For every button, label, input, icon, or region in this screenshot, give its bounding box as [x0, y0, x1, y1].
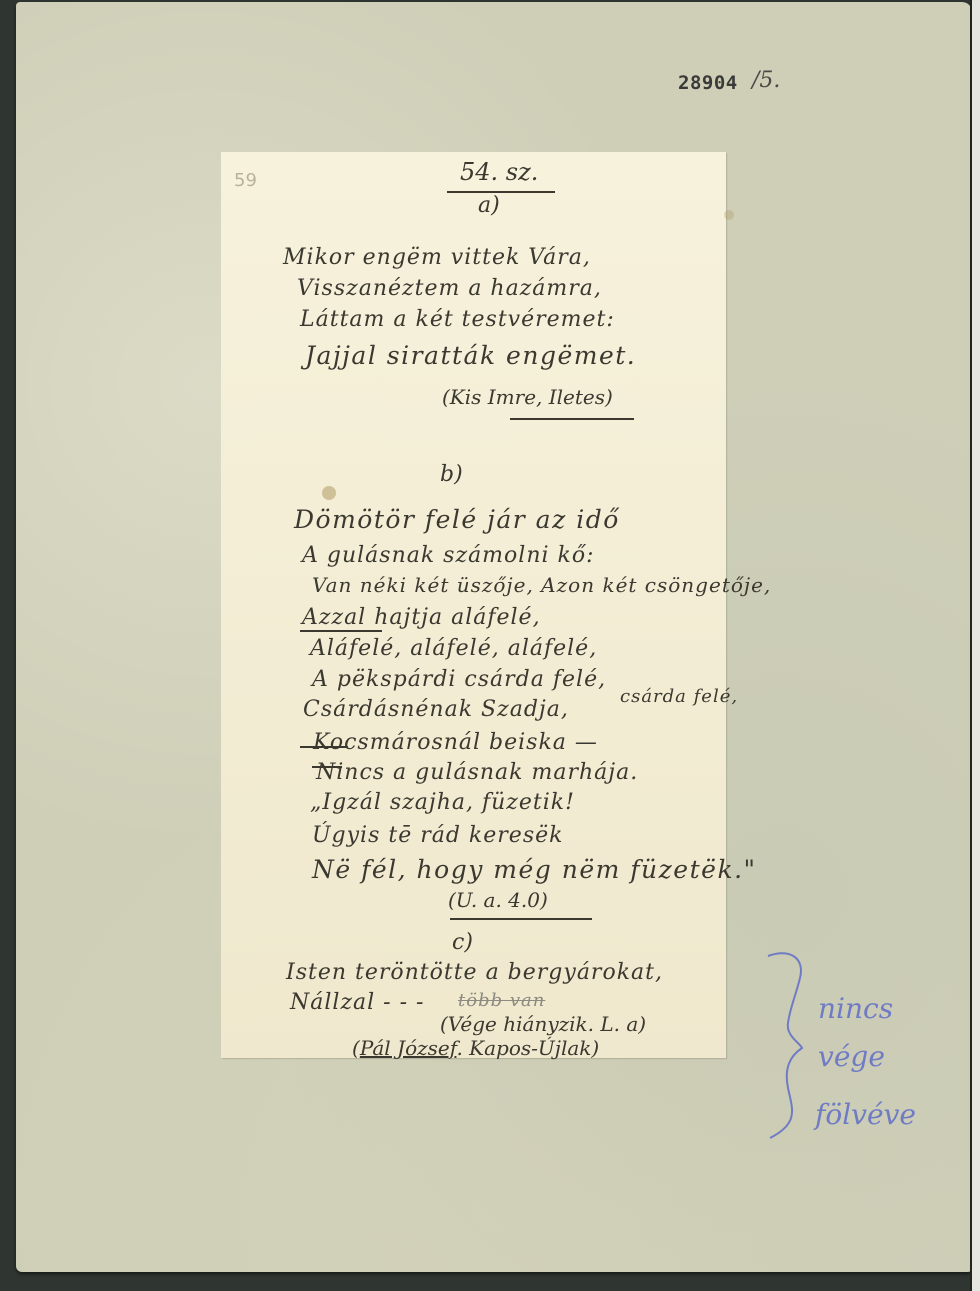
- word-underline: [300, 746, 348, 748]
- margin-addition: csárda felé,: [620, 686, 738, 707]
- word-underline: [300, 630, 382, 632]
- blue-annotation-line: vége: [818, 1040, 885, 1073]
- blue-annotation-line: fölvéve: [815, 1098, 916, 1131]
- song-title: 54. sz.: [460, 158, 538, 186]
- verse-line: Mikor engëm vittek Vára,: [283, 245, 591, 270]
- verse-line: Kocsmárosnál beiska —: [313, 730, 598, 755]
- verse-line: Úgyis tē rád keresëk: [312, 823, 563, 848]
- source-citation: (U. a. 4.0): [448, 888, 548, 912]
- source-underline: [450, 918, 592, 920]
- section-c-label: c): [452, 930, 473, 955]
- scan-edge: [970, 0, 980, 1291]
- curly-brace-icon: [760, 948, 820, 1148]
- verse-line: A pëkspárdi csárda felé,: [312, 667, 606, 692]
- verse-line: Van néki két üszője, Azon két csöngetője…: [312, 573, 771, 597]
- verse-line: Nincs a gulásnak marhája.: [316, 760, 638, 785]
- verse-line: A gulásnak számolni kő:: [302, 543, 595, 568]
- source-citation: (Pál József. Kapos-Újlak): [352, 1036, 599, 1060]
- verse-line: Nállzal - - -: [290, 990, 424, 1015]
- verse-line: Jajjal siratták engëmet.: [305, 341, 636, 370]
- ink-stain: [322, 486, 336, 500]
- source-place: . Kapos-Újlak): [456, 1036, 599, 1060]
- pencil-page-number: 59: [234, 170, 257, 191]
- title-rule: [447, 191, 555, 193]
- catalog-suffix: /5.: [752, 68, 780, 93]
- section-a-label: a): [478, 193, 500, 218]
- verse-line: Në fél, hogy még nëm füzetëk.": [312, 855, 757, 884]
- verse-line: Láttam a két testvéremet:: [300, 307, 615, 332]
- verse-line: Csárdásnénak Szadja,: [303, 697, 569, 722]
- verse-line: Isten teröntötte a bergyárokat,: [286, 960, 663, 985]
- source-citation: (Kis Imre, Iletes): [442, 385, 613, 409]
- verse-line: Aláfelé, aláfelé, aláfelé,: [310, 636, 597, 661]
- editor-note: (Vége hiányzik. L. a): [440, 1012, 646, 1036]
- source-underline: [510, 418, 634, 420]
- blue-annotation-line: nincs: [818, 992, 893, 1025]
- struck-text: több van: [458, 990, 545, 1011]
- catalog-number: 28904: [678, 72, 738, 94]
- verse-line: Visszanéztem a hazámra,: [297, 276, 602, 301]
- word-underline: [312, 766, 342, 768]
- verse-line: Azzal hajtja aláfelé,: [302, 605, 541, 630]
- verse-line: „Igzál szajha, füzetik!: [310, 790, 575, 815]
- verse-line: Dömötör felé jár az idő: [294, 505, 620, 534]
- source-name: Pál József: [360, 1036, 457, 1060]
- ink-stain: [724, 210, 734, 220]
- section-b-label: b): [440, 462, 463, 487]
